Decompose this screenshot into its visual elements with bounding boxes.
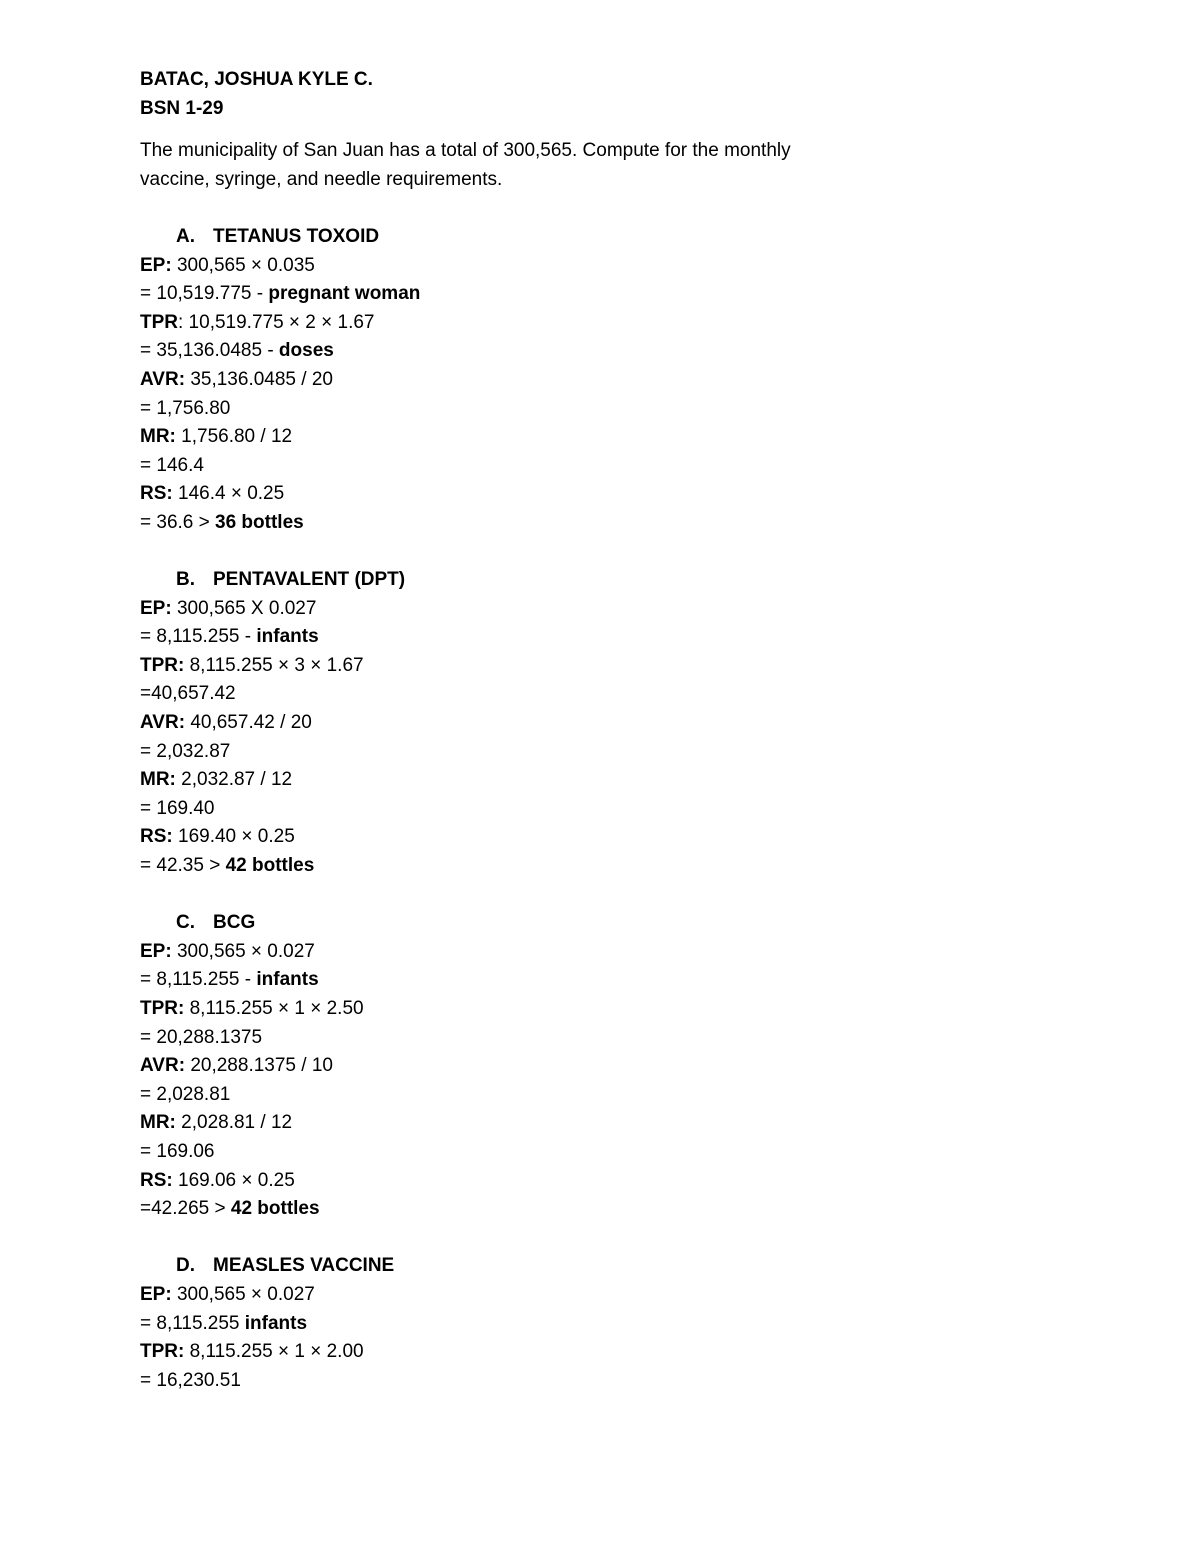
- doc-line: =40,657.42: [140, 680, 1060, 709]
- text-segment: AVR:: [140, 369, 185, 390]
- section-heading: C.BCG: [140, 909, 1060, 938]
- text-segment: pregnant woman: [268, 283, 420, 304]
- doc-line: MR: 1,756.80 / 12: [140, 423, 1060, 452]
- doc-line: = 8,115.255 - infants: [140, 966, 1060, 995]
- doc-line: = 10,519.775 - pregnant woman: [140, 280, 1060, 309]
- text-segment: RS:: [140, 826, 173, 847]
- section-heading: D.MEASLES VACCINE: [140, 1252, 1060, 1281]
- text-segment: = 1,756.80: [140, 398, 230, 419]
- section-d: D.MEASLES VACCINEEP: 300,565 × 0.027= 8,…: [140, 1252, 1060, 1395]
- doc-line: TPR: 8,115.255 × 3 × 1.67: [140, 652, 1060, 681]
- doc-line: RS: 169.40 × 0.25: [140, 823, 1060, 852]
- doc-line: AVR: 40,657.42 / 20: [140, 709, 1060, 738]
- doc-line: = 1,756.80: [140, 395, 1060, 424]
- text-segment: =42.265 >: [140, 1198, 231, 1219]
- text-segment: 8,115.255 × 1 × 2.50: [184, 998, 363, 1019]
- text-segment: : 10,519.775 × 2 × 1.67: [178, 312, 375, 333]
- text-segment: MR:: [140, 426, 176, 447]
- student-name: BATAC, JOSHUA KYLE C.: [140, 66, 1060, 95]
- text-segment: = 169.40: [140, 798, 215, 819]
- doc-line: EP: 300,565 × 0.027: [140, 1281, 1060, 1310]
- section-c: C.BCGEP: 300,565 × 0.027= 8,115.255 - in…: [140, 909, 1060, 1224]
- section-letter: D.: [176, 1252, 213, 1281]
- text-segment: = 2,032.87: [140, 741, 230, 762]
- text-segment: infants: [256, 626, 318, 647]
- text-segment: AVR:: [140, 1055, 185, 1076]
- text-segment: = 8,115.255 -: [140, 626, 256, 647]
- text-segment: 42 bottles: [231, 1198, 320, 1219]
- section-letter: C.: [176, 909, 213, 938]
- intro-line: The municipality of San Juan has a total…: [140, 137, 1060, 166]
- text-segment: 300,565 × 0.027: [172, 941, 315, 962]
- text-segment: =40,657.42: [140, 683, 236, 704]
- section-title: PENTAVALENT (DPT): [213, 569, 405, 590]
- text-segment: 169.06 × 0.25: [173, 1170, 295, 1191]
- doc-line: RS: 169.06 × 0.25: [140, 1167, 1060, 1196]
- text-segment: 300,565 × 0.027: [172, 1284, 315, 1305]
- text-segment: = 169.06: [140, 1141, 215, 1162]
- section-heading: A.TETANUS TOXOID: [140, 223, 1060, 252]
- section-b: B.PENTAVALENT (DPT)EP: 300,565 X 0.027= …: [140, 566, 1060, 881]
- doc-line: = 8,115.255 infants: [140, 1310, 1060, 1339]
- doc-line: = 2,032.87: [140, 738, 1060, 767]
- sections-container: A.TETANUS TOXOIDEP: 300,565 × 0.035= 10,…: [140, 223, 1060, 1395]
- text-segment: EP:: [140, 1284, 172, 1305]
- text-segment: 2,028.81 / 12: [176, 1112, 292, 1133]
- doc-line: = 146.4: [140, 452, 1060, 481]
- doc-line: EP: 300,565 × 0.027: [140, 938, 1060, 967]
- doc-line: = 8,115.255 - infants: [140, 623, 1060, 652]
- section-title: BCG: [213, 912, 255, 933]
- section-letter: B.: [176, 566, 213, 595]
- doc-line: = 169.06: [140, 1138, 1060, 1167]
- text-segment: 8,115.255 × 1 × 2.00: [184, 1341, 363, 1362]
- document-page: BATAC, JOSHUA KYLE C. BSN 1-29 The munic…: [0, 0, 1200, 1553]
- text-segment: 146.4 × 0.25: [173, 483, 284, 504]
- text-segment: = 16,230.51: [140, 1370, 241, 1391]
- text-segment: doses: [279, 340, 334, 361]
- doc-line: = 36.6 > 36 bottles: [140, 509, 1060, 538]
- section-letter: A.: [176, 223, 213, 252]
- text-segment: = 42.35 >: [140, 855, 226, 876]
- text-segment: TPR:: [140, 998, 184, 1019]
- text-segment: EP:: [140, 598, 172, 619]
- text-segment: EP:: [140, 941, 172, 962]
- text-segment: 35,136.0485 / 20: [185, 369, 333, 390]
- doc-line: MR: 2,032.87 / 12: [140, 766, 1060, 795]
- doc-line: = 2,028.81: [140, 1081, 1060, 1110]
- doc-line: =42.265 > 42 bottles: [140, 1195, 1060, 1224]
- text-segment: 2,032.87 / 12: [176, 769, 292, 790]
- text-segment: 8,115.255 × 3 × 1.67: [184, 655, 363, 676]
- text-segment: = 36.6 >: [140, 512, 215, 533]
- doc-line: EP: 300,565 X 0.027: [140, 595, 1060, 624]
- text-segment: MR:: [140, 769, 176, 790]
- doc-line: = 35,136.0485 - doses: [140, 337, 1060, 366]
- text-segment: infants: [245, 1313, 307, 1334]
- text-segment: EP:: [140, 255, 172, 276]
- doc-line: = 20,288.1375: [140, 1024, 1060, 1053]
- doc-line: AVR: 35,136.0485 / 20: [140, 366, 1060, 395]
- doc-line: = 42.35 > 42 bottles: [140, 852, 1060, 881]
- text-segment: 1,756.80 / 12: [176, 426, 292, 447]
- text-segment: TPR: [140, 312, 178, 333]
- text-segment: = 8,115.255: [140, 1313, 245, 1334]
- text-segment: 42 bottles: [226, 855, 315, 876]
- section-a: A.TETANUS TOXOIDEP: 300,565 × 0.035= 10,…: [140, 223, 1060, 538]
- doc-line: MR: 2,028.81 / 12: [140, 1109, 1060, 1138]
- doc-line: = 169.40: [140, 795, 1060, 824]
- text-segment: = 2,028.81: [140, 1084, 230, 1105]
- doc-line: TPR: 8,115.255 × 1 × 2.50: [140, 995, 1060, 1024]
- text-segment: AVR:: [140, 712, 185, 733]
- doc-line: = 16,230.51: [140, 1367, 1060, 1396]
- section-heading: B.PENTAVALENT (DPT): [140, 566, 1060, 595]
- text-segment: = 20,288.1375: [140, 1027, 262, 1048]
- text-segment: MR:: [140, 1112, 176, 1133]
- text-segment: 169.40 × 0.25: [173, 826, 295, 847]
- intro-line: vaccine, syringe, and needle requirement…: [140, 166, 1060, 195]
- doc-line: EP: 300,565 × 0.035: [140, 252, 1060, 281]
- text-segment: 300,565 X 0.027: [172, 598, 317, 619]
- text-segment: RS:: [140, 483, 173, 504]
- text-segment: 20,288.1375 / 10: [185, 1055, 333, 1076]
- text-segment: = 8,115.255 -: [140, 969, 256, 990]
- text-segment: infants: [256, 969, 318, 990]
- section-title: MEASLES VACCINE: [213, 1255, 394, 1276]
- text-segment: = 35,136.0485 -: [140, 340, 279, 361]
- document-header: BATAC, JOSHUA KYLE C. BSN 1-29: [140, 66, 1060, 123]
- doc-line: TPR: 8,115.255 × 1 × 2.00: [140, 1338, 1060, 1367]
- text-segment: 40,657.42 / 20: [185, 712, 312, 733]
- doc-line: RS: 146.4 × 0.25: [140, 480, 1060, 509]
- text-segment: 300,565 × 0.035: [172, 255, 315, 276]
- text-segment: TPR:: [140, 1341, 184, 1362]
- doc-line: AVR: 20,288.1375 / 10: [140, 1052, 1060, 1081]
- text-segment: 36 bottles: [215, 512, 304, 533]
- text-segment: TPR:: [140, 655, 184, 676]
- student-class: BSN 1-29: [140, 95, 1060, 124]
- text-segment: = 10,519.775 -: [140, 283, 268, 304]
- text-segment: RS:: [140, 1170, 173, 1191]
- intro-paragraph: The municipality of San Juan has a total…: [140, 137, 1060, 194]
- section-title: TETANUS TOXOID: [213, 226, 379, 247]
- text-segment: = 146.4: [140, 455, 204, 476]
- doc-line: TPR: 10,519.775 × 2 × 1.67: [140, 309, 1060, 338]
